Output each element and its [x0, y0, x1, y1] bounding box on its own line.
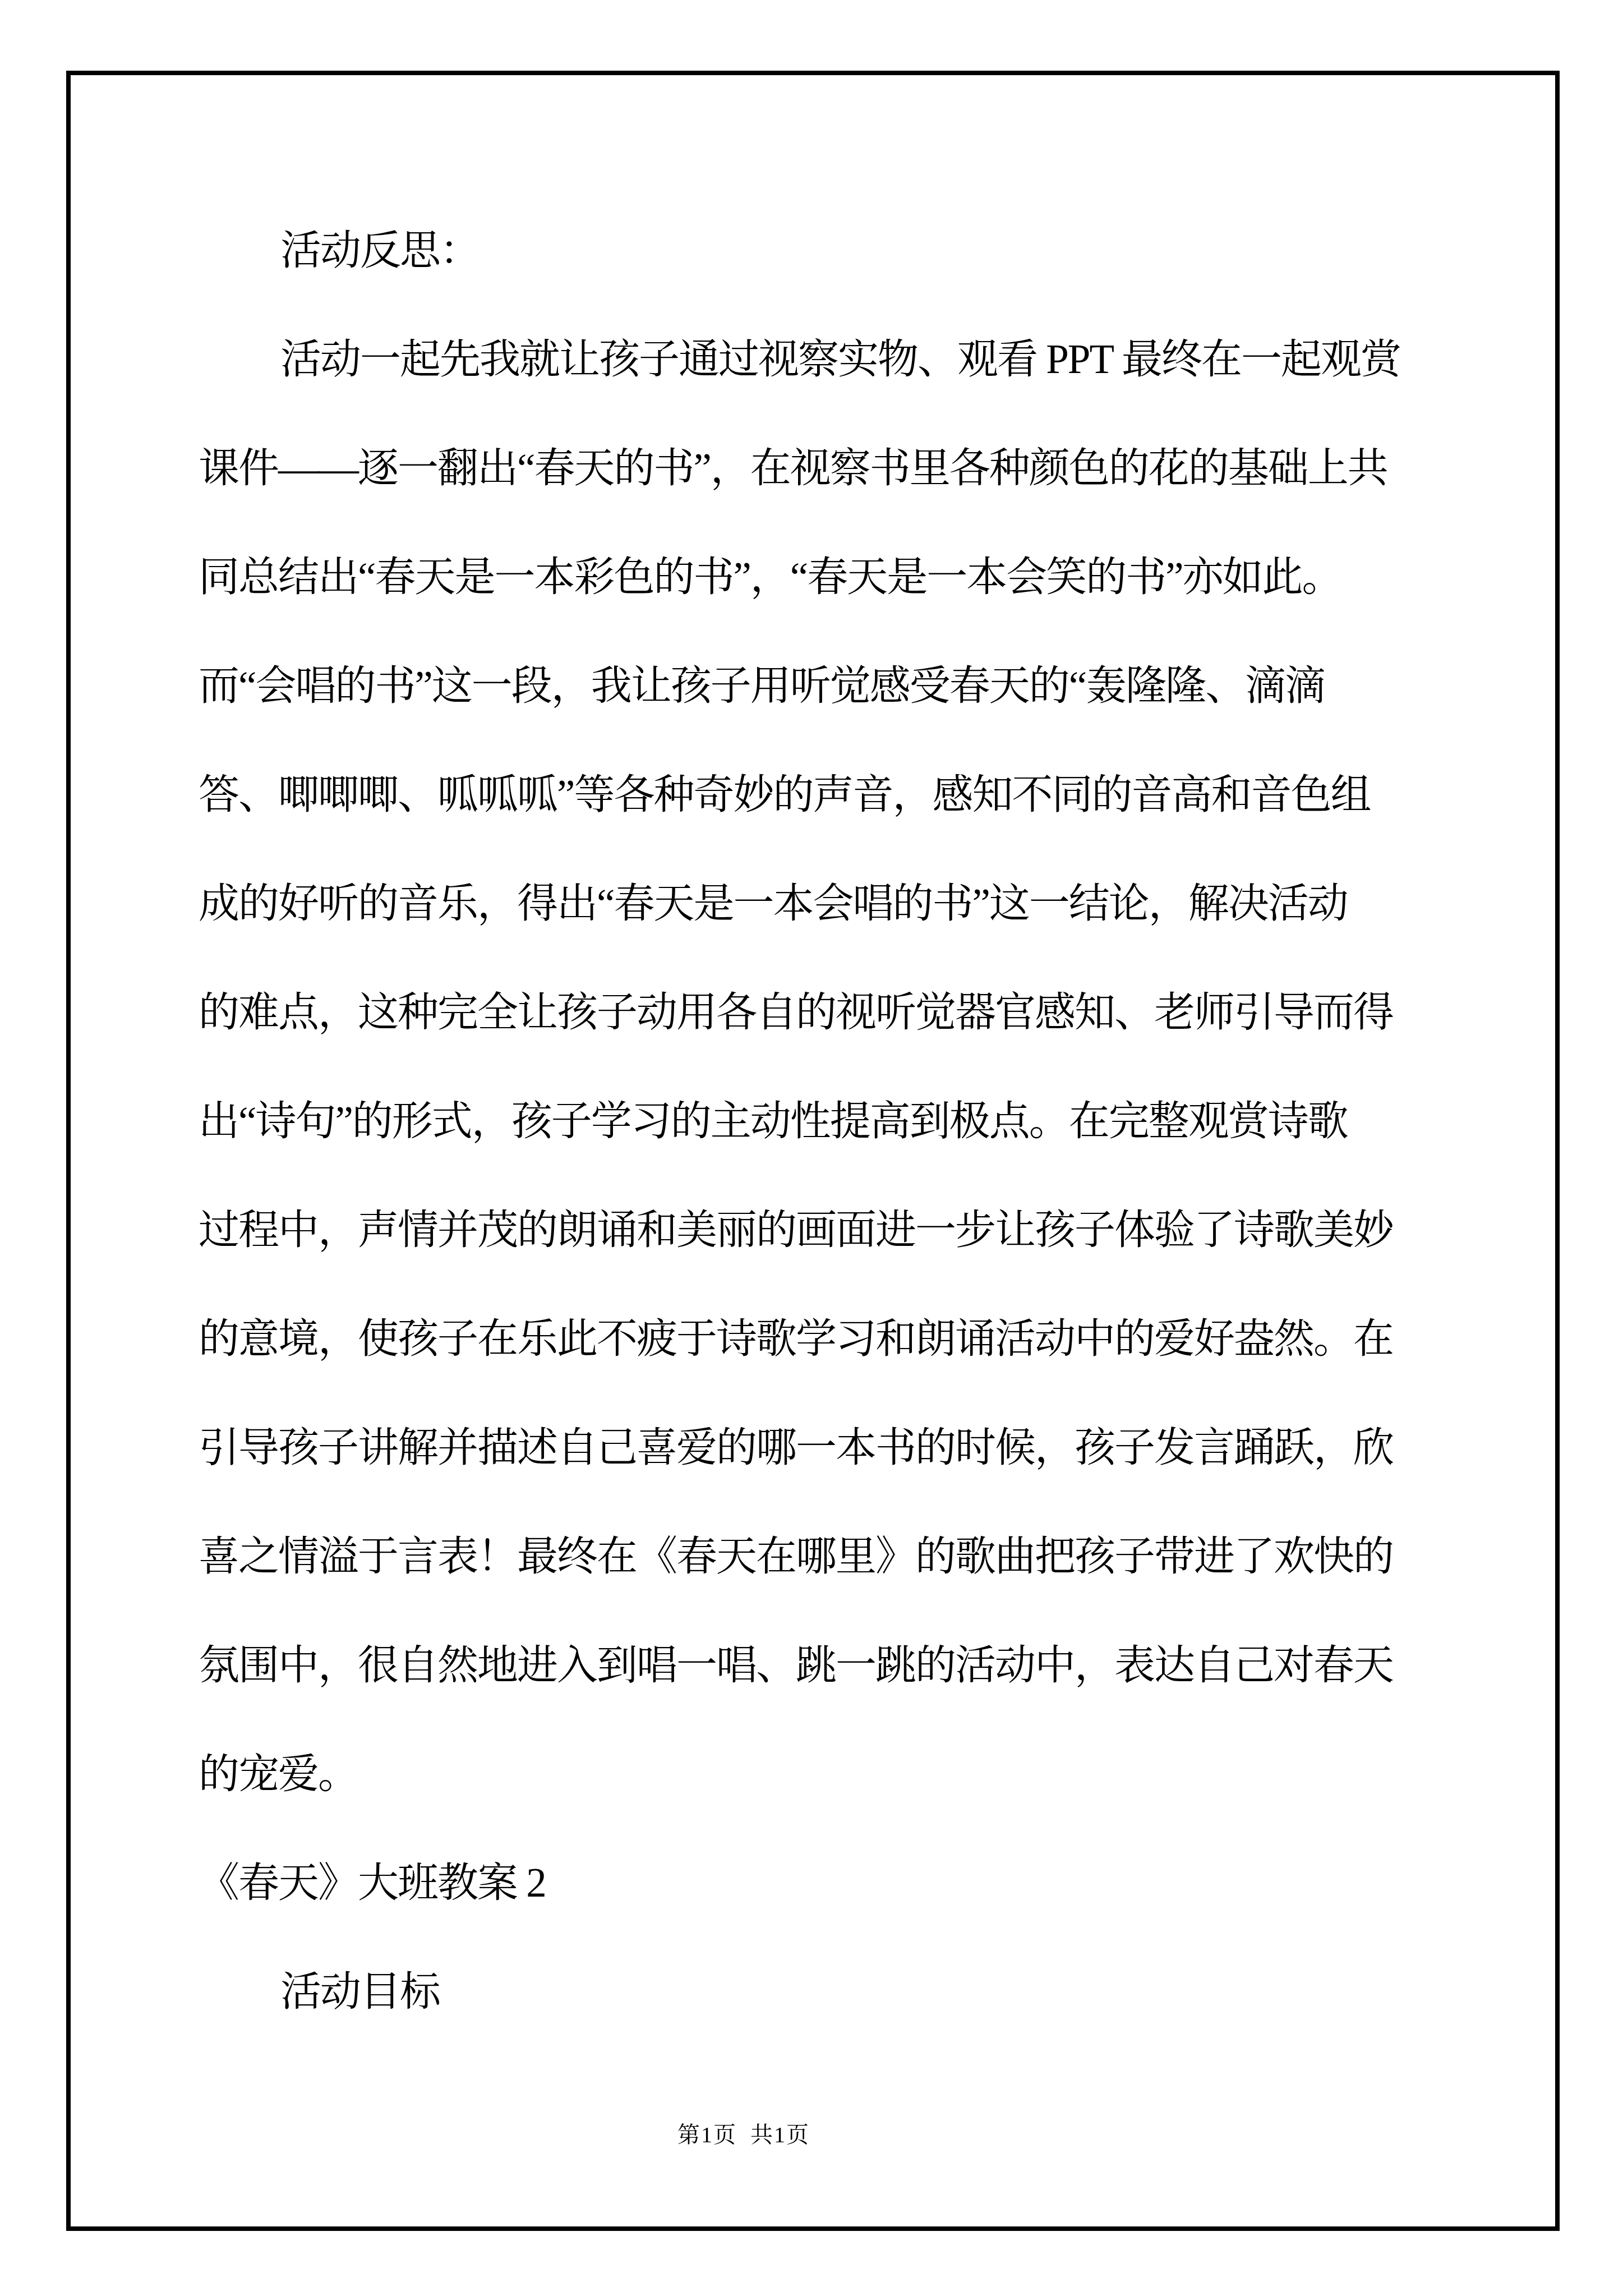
text-line-12: 引导孩子讲解并描述自己喜爱的哪一本书的时候，孩子发言踊跃，欣	[199, 1393, 1466, 1502]
text-line-11: 的意境，使孩子在乐此不疲于诗歌学习和朗诵活动中的爱好盎然。在	[199, 1285, 1466, 1393]
text-line-10: 过程中，声情并茂的朗诵和美丽的画面进一步让孩子体验了诗歌美妙	[199, 1176, 1466, 1285]
text-line-17: 活动目标	[199, 1938, 1466, 2046]
text-line-9: 出“诗句”的形式，孩子学习的主动性提高到极点。在完整观赏诗歌	[199, 1067, 1466, 1176]
document-page: 活动反思： 活动一起先我就让孩子通过视察实物、观看 PPT 最终在一起观赏 课件…	[0, 0, 1623, 2296]
text-line-7: 成的好听的音乐，得出“春天是一本会唱的书”这一结论，解决活动	[199, 849, 1466, 958]
text-line-15: 的宠爱。	[199, 1720, 1466, 1829]
text-line-14: 氛围中，很自然地进入到唱一唱、跳一跳的活动中，表达自己对春天	[199, 1611, 1466, 1720]
text-line-3: 课件——逐一翻出“春天的书”，在视察书里各种颜色的花的基础上共	[199, 414, 1466, 523]
text-line-2: 活动一起先我就让孩子通过视察实物、观看 PPT 最终在一起观赏	[199, 305, 1466, 414]
text-line-13: 喜之情溢于言表！最终在《春天在哪里》的歌曲把孩子带进了欢快的	[199, 1502, 1466, 1611]
text-line-8: 的难点，这种完全让孩子动用各自的视听觉器官感知、老师引导而得	[199, 958, 1466, 1067]
text-line-6: 答、唧唧唧、呱呱呱”等各种奇妙的声音，感知不同的音高和音色组	[199, 740, 1466, 849]
page-number-footer: 第1页 共1页	[677, 2119, 810, 2151]
text-line-4: 同总结出“春天是一本彩色的书”，“春天是一本会笑的书”亦如此。	[199, 523, 1466, 632]
text-line-5: 而“会唱的书”这一段，我让孩子用听觉感受春天的“轰隆隆、滴滴	[199, 632, 1466, 740]
text-line-1: 活动反思：	[199, 196, 1466, 305]
section-title-line: 《春天》大班教案 2	[199, 1829, 1466, 1938]
